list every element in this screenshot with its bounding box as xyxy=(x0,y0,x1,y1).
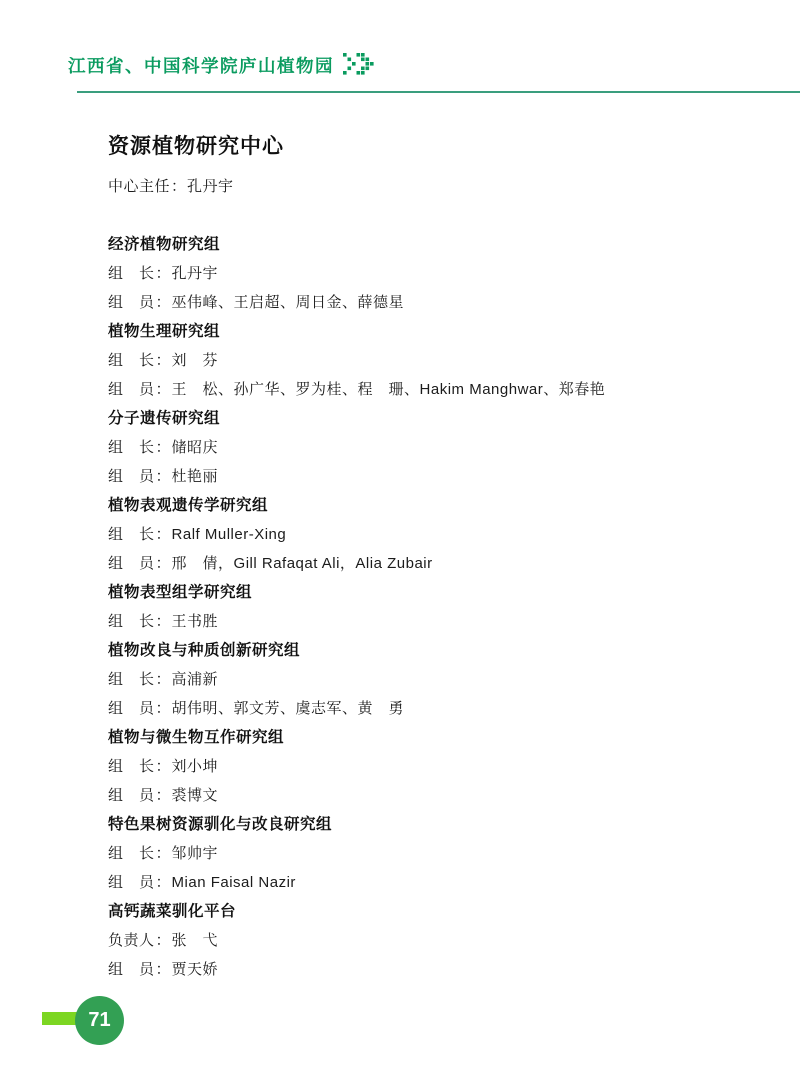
row-label: 组 长 xyxy=(108,439,155,456)
member-row: 组 员：王 松、孙广华、罗为桂、程 珊、Hakim Manghwar、郑春艳 xyxy=(108,375,758,404)
org-title: 江西省、中国科学院庐山植物园 xyxy=(68,53,334,78)
label-colon: ： xyxy=(155,468,172,485)
row-label: 组 长 xyxy=(108,613,155,630)
group-name: 植物改良与种质创新研究组 xyxy=(108,636,758,665)
group-name: 经济植物研究组 xyxy=(108,230,758,259)
group-name: 植物生理研究组 xyxy=(108,317,758,346)
member-row: 组 长：刘小坤 xyxy=(108,752,758,781)
row-value: 刘小坤 xyxy=(172,758,219,775)
label-colon: ： xyxy=(155,758,172,775)
row-value: 刘 芬 xyxy=(172,352,219,369)
row-value: 裘博文 xyxy=(172,787,219,804)
director-row: 中心主任：孔丹宇 xyxy=(108,172,758,201)
label-colon: ： xyxy=(155,294,172,311)
member-row: 组 长：孔丹宇 xyxy=(108,259,758,288)
group-name: 分子遗传研究组 xyxy=(108,404,758,433)
row-label: 组 员 xyxy=(108,787,155,804)
member-row: 组 长：高浦新 xyxy=(108,665,758,694)
label-colon: ： xyxy=(155,613,172,630)
row-value: 张 弋 xyxy=(172,932,219,949)
director-label: 中心主任 xyxy=(108,178,170,195)
label-colon: ： xyxy=(155,671,172,688)
row-value: 王 松、孙广华、罗为桂、程 珊、Hakim Manghwar、郑春艳 xyxy=(172,381,606,398)
row-label: 组 长 xyxy=(108,758,155,775)
row-label: 组 员 xyxy=(108,874,155,891)
label-colon: ： xyxy=(155,874,172,891)
label-colon: ： xyxy=(155,439,172,456)
group-name: 植物表观遗传学研究组 xyxy=(108,491,758,520)
group-name: 特色果树资源驯化与改良研究组 xyxy=(108,810,758,839)
page-header: 江西省、中国科学院庐山植物园 xyxy=(68,51,377,80)
label-colon: ： xyxy=(155,381,172,398)
footer-accent-bar xyxy=(42,1012,78,1025)
row-label: 组 员 xyxy=(108,961,155,978)
group-name: 高钙蔬菜驯化平台 xyxy=(108,897,758,926)
row-value: 高浦新 xyxy=(172,671,219,688)
row-value: Mian Faisal Nazir xyxy=(172,874,296,891)
row-label: 组 员 xyxy=(108,294,155,311)
pixel-chevron-icon xyxy=(343,53,377,80)
member-row: 组 长：储昭庆 xyxy=(108,433,758,462)
row-value: 邹帅宇 xyxy=(172,845,219,862)
page-title: 资源植物研究中心 xyxy=(108,130,758,160)
label-colon: ： xyxy=(155,700,172,717)
member-row: 组 长：王书胜 xyxy=(108,607,758,636)
row-value: 储昭庆 xyxy=(172,439,219,456)
row-value: 贾天娇 xyxy=(172,961,219,978)
row-label: 组 员 xyxy=(108,700,155,717)
row-value: 胡伟明、郭文芳、虞志军、黄 勇 xyxy=(172,700,405,717)
page-number-badge: 71 xyxy=(75,996,124,1045)
row-label: 组 员 xyxy=(108,468,155,485)
row-label: 组 员 xyxy=(108,555,155,572)
row-label: 组 长 xyxy=(108,352,155,369)
row-value: 王书胜 xyxy=(172,613,219,630)
row-label: 组 长 xyxy=(108,671,155,688)
label-colon: ： xyxy=(155,555,172,572)
row-label: 负责人 xyxy=(108,932,155,949)
row-value: 孔丹宇 xyxy=(172,265,219,282)
member-row: 组 员：贾天娇 xyxy=(108,955,758,984)
member-row: 组 长：Ralf Muller-Xing xyxy=(108,520,758,549)
row-value: 邢 倩，Gill Rafaqat Ali，Alia Zubair xyxy=(172,555,433,572)
label-colon: ： xyxy=(155,352,172,369)
row-label: 组 长 xyxy=(108,265,155,282)
group-name: 植物表型组学研究组 xyxy=(108,578,758,607)
member-row: 组 员：裘博文 xyxy=(108,781,758,810)
label-colon: ： xyxy=(155,932,172,949)
page-number: 71 xyxy=(88,1009,110,1032)
member-row: 组 长：刘 芬 xyxy=(108,346,758,375)
member-row: 组 员：杜艳丽 xyxy=(108,462,758,491)
label-colon: ： xyxy=(155,526,172,543)
label-colon: ： xyxy=(170,178,187,195)
label-colon: ： xyxy=(155,787,172,804)
label-colon: ： xyxy=(155,961,172,978)
label-colon: ： xyxy=(155,265,172,282)
row-label: 组 长 xyxy=(108,845,155,862)
director-name: 孔丹宇 xyxy=(187,178,234,195)
row-value: 巫伟峰、王启超、周日金、薛德星 xyxy=(172,294,405,311)
member-row: 负责人：张 弋 xyxy=(108,926,758,955)
row-value: Ralf Muller-Xing xyxy=(172,526,287,543)
label-colon: ： xyxy=(155,845,172,862)
main-content: 资源植物研究中心 中心主任：孔丹宇 经济植物研究组组 长：孔丹宇组 员：巫伟峰、… xyxy=(108,130,758,984)
row-label: 组 长 xyxy=(108,526,155,543)
groups-list: 经济植物研究组组 长：孔丹宇组 员：巫伟峰、王启超、周日金、薛德星植物生理研究组… xyxy=(108,230,758,984)
row-label: 组 员 xyxy=(108,381,155,398)
group-name: 植物与微生物互作研究组 xyxy=(108,723,758,752)
member-row: 组 员：Mian Faisal Nazir xyxy=(108,868,758,897)
row-value: 杜艳丽 xyxy=(172,468,219,485)
member-row: 组 长：邹帅宇 xyxy=(108,839,758,868)
header-rule xyxy=(77,91,800,93)
member-row: 组 员：巫伟峰、王启超、周日金、薛德星 xyxy=(108,288,758,317)
member-row: 组 员：胡伟明、郭文芳、虞志军、黄 勇 xyxy=(108,694,758,723)
member-row: 组 员：邢 倩，Gill Rafaqat Ali，Alia Zubair xyxy=(108,549,758,578)
